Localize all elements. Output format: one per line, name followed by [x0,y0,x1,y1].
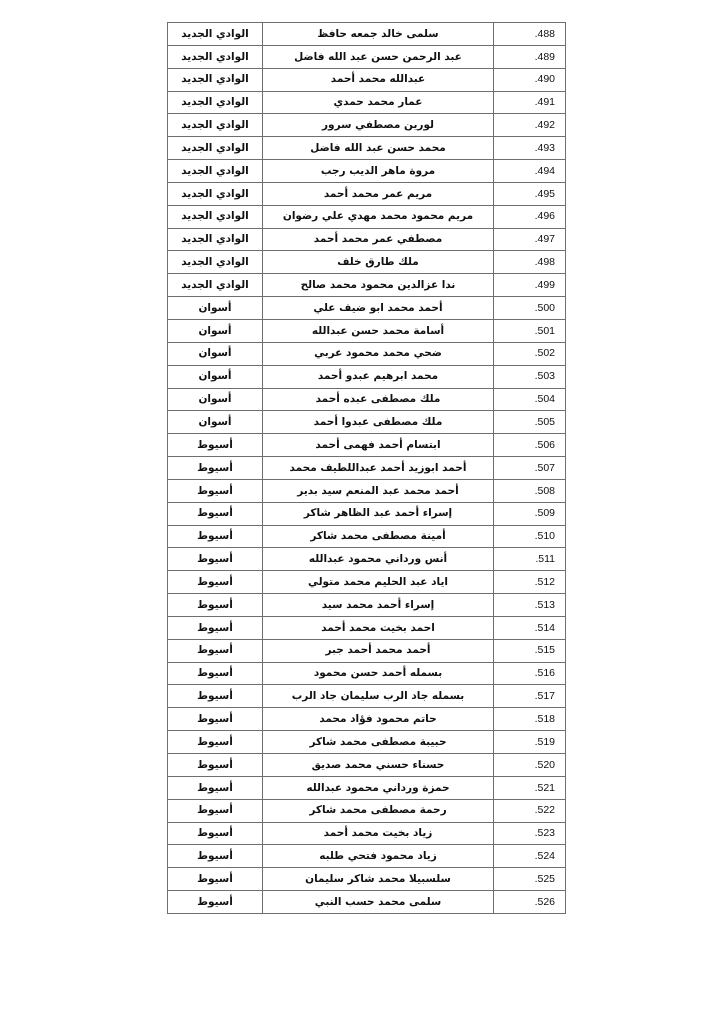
name-cell: ملك مصطفى عبدوا أحمد [263,411,494,434]
name-cell: أحمد ابوزيد أحمد عبداللطيف محمد [263,457,494,480]
name-cell: عمار محمد حمدي [263,91,494,114]
name-cell: إسراء أحمد محمد سيد [263,594,494,617]
governorate-cell: أسوان [168,365,263,388]
table-row: الوادي الجديدعبدالله محمد أحمد.490 [168,68,566,91]
table-row: أسيوطزياد محمود فتحي طلبه.524 [168,845,566,868]
row-number-cell: .525 [494,868,566,891]
row-number-cell: .513 [494,594,566,617]
row-number-cell: .495 [494,182,566,205]
governorate-cell: أسوان [168,297,263,320]
governorate-cell: أسيوط [168,845,263,868]
table-row: الوادي الجديدندا عزالدين محمود محمد صالح… [168,274,566,297]
governorate-cell: أسيوط [168,434,263,457]
governorate-cell: الوادي الجديد [168,23,263,46]
row-number-cell: .504 [494,388,566,411]
row-number-cell: .514 [494,616,566,639]
name-cell: زياد بخيت محمد أحمد [263,822,494,845]
name-cell: عبدالله محمد أحمد [263,68,494,91]
name-cell: حسناء حسني محمد صديق [263,754,494,777]
row-number-cell: .520 [494,754,566,777]
governorate-cell: أسيوط [168,479,263,502]
governorate-cell: أسيوط [168,594,263,617]
row-number-cell: .500 [494,297,566,320]
table-row: أسوانملك مصطفى عبده أحمد.504 [168,388,566,411]
row-number-cell: .507 [494,457,566,480]
row-number-cell: .498 [494,251,566,274]
governorate-cell: الوادي الجديد [168,274,263,297]
governorate-cell: أسيوط [168,457,263,480]
governorate-cell: أسيوط [168,662,263,685]
governorate-cell: أسوان [168,411,263,434]
table-row: أسوانمحمد ابرهيم عبدو أحمد.503 [168,365,566,388]
name-cell: احمد بخيت محمد أحمد [263,616,494,639]
table-row: أسيوطأمينة مصطفى محمد شاكر.510 [168,525,566,548]
name-cell: رحمة مصطفى محمد شاكر [263,799,494,822]
name-cell: مريم محمود محمد مهدي علي رضوان [263,205,494,228]
row-number-cell: .492 [494,114,566,137]
name-cell: مصطفي عمر محمد أحمد [263,228,494,251]
name-cell: ندا عزالدين محمود محمد صالح [263,274,494,297]
table-row: أسيوطحبيبة مصطفى محمد شاكر.519 [168,731,566,754]
names-table: الوادي الجديدسلمى خالد جمعه حافظ.488الوا… [167,22,566,914]
governorate-cell: أسيوط [168,754,263,777]
table-row: أسوانملك مصطفى عبدوا أحمد.505 [168,411,566,434]
governorate-cell: أسوان [168,319,263,342]
name-cell: مروة ماهر الديب رجب [263,160,494,183]
name-cell: ملك مصطفى عبده أحمد [263,388,494,411]
governorate-cell: الوادي الجديد [168,251,263,274]
name-cell: ابتسام أحمد فهمى أحمد [263,434,494,457]
row-number-cell: .512 [494,571,566,594]
governorate-cell: أسيوط [168,616,263,639]
table-row: أسيوطابتسام أحمد فهمى أحمد.506 [168,434,566,457]
name-cell: أحمد محمد عبد المنعم سيد بدير [263,479,494,502]
governorate-cell: أسيوط [168,548,263,571]
name-cell: أنس ورداني محمود عبدالله [263,548,494,571]
name-cell: مريم عمر محمد أحمد [263,182,494,205]
governorate-cell: أسيوط [168,868,263,891]
row-number-cell: .506 [494,434,566,457]
names-table-body: الوادي الجديدسلمى خالد جمعه حافظ.488الوا… [168,23,566,914]
row-number-cell: .523 [494,822,566,845]
table-row: أسوانضحي محمد محمود عربي.502 [168,342,566,365]
row-number-cell: .524 [494,845,566,868]
row-number-cell: .490 [494,68,566,91]
table-row: أسيوطأحمد ابوزيد أحمد عبداللطيف محمد.507 [168,457,566,480]
row-number-cell: .518 [494,708,566,731]
row-number-cell: .497 [494,228,566,251]
row-number-cell: .517 [494,685,566,708]
row-number-cell: .505 [494,411,566,434]
governorate-cell: الوادي الجديد [168,114,263,137]
name-cell: محمد حسن عبد الله فاضل [263,137,494,160]
table-row: أسيوطبسمله جاد الرب سليمان جاد الرب.517 [168,685,566,708]
name-cell: بسمله جاد الرب سليمان جاد الرب [263,685,494,708]
governorate-cell: الوادي الجديد [168,160,263,183]
governorate-cell: أسوان [168,342,263,365]
row-number-cell: .493 [494,137,566,160]
table-row: أسيوطحمزة ورداني محمود عبدالله.521 [168,776,566,799]
table-row: أسيوطحسناء حسني محمد صديق.520 [168,754,566,777]
governorate-cell: أسيوط [168,502,263,525]
name-cell: حمزة ورداني محمود عبدالله [263,776,494,799]
governorate-cell: أسيوط [168,571,263,594]
governorate-cell: الوادي الجديد [168,68,263,91]
table-row: أسيوطزياد بخيت محمد أحمد.523 [168,822,566,845]
table-row: أسيوطأنس ورداني محمود عبدالله.511 [168,548,566,571]
table-row: أسيوطسلسبيلا محمد شاكر سليمان.525 [168,868,566,891]
name-cell: بسمله أحمد حسن محمود [263,662,494,685]
table-row: الوادي الجديدعبد الرحمن حسن عبد الله فاض… [168,45,566,68]
table-row: الوادي الجديدمصطفي عمر محمد أحمد.497 [168,228,566,251]
name-cell: أمينة مصطفى محمد شاكر [263,525,494,548]
name-cell: أحمد محمد ابو ضيف علي [263,297,494,320]
governorate-cell: الوادي الجديد [168,228,263,251]
table-row: الوادي الجديدعمار محمد حمدي.491 [168,91,566,114]
name-cell: إسراء أحمد عبد الظاهر شاكر [263,502,494,525]
row-number-cell: .510 [494,525,566,548]
governorate-cell: الوادي الجديد [168,137,263,160]
governorate-cell: أسيوط [168,891,263,914]
name-cell: أسامة محمد حسن عبدالله [263,319,494,342]
governorate-cell: أسيوط [168,822,263,845]
row-number-cell: .511 [494,548,566,571]
governorate-cell: أسوان [168,388,263,411]
name-cell: اياد عبد الحليم محمد متولي [263,571,494,594]
name-cell: سلسبيلا محمد شاكر سليمان [263,868,494,891]
name-cell: زياد محمود فتحي طلبه [263,845,494,868]
row-number-cell: .508 [494,479,566,502]
governorate-cell: أسيوط [168,731,263,754]
table-row: أسيوطسلمى محمد حسب النبي.526 [168,891,566,914]
table-row: الوادي الجديدملك طارق خلف.498 [168,251,566,274]
row-number-cell: .501 [494,319,566,342]
table-row: أسوانأسامة محمد حسن عبدالله.501 [168,319,566,342]
row-number-cell: .521 [494,776,566,799]
table-row: الوادي الجديدمريم محمود محمد مهدي علي رض… [168,205,566,228]
name-cell: سلمى محمد حسب النبي [263,891,494,914]
document-page: الوادي الجديدسلمى خالد جمعه حافظ.488الوا… [0,0,720,1018]
table-row: أسيوطحاتم محمود فؤاد محمد.518 [168,708,566,731]
table-row: الوادي الجديدلورين مصطفي سرور.492 [168,114,566,137]
name-cell: لورين مصطفي سرور [263,114,494,137]
table-row: أسيوطاياد عبد الحليم محمد متولي.512 [168,571,566,594]
table-row: أسيوطاحمد بخيت محمد أحمد.514 [168,616,566,639]
table-row: الوادي الجديدمريم عمر محمد أحمد.495 [168,182,566,205]
governorate-cell: الوادي الجديد [168,182,263,205]
table-row: أسيوطإسراء أحمد عبد الظاهر شاكر.509 [168,502,566,525]
governorate-cell: أسيوط [168,639,263,662]
table-row: الوادي الجديدسلمى خالد جمعه حافظ.488 [168,23,566,46]
name-cell: ضحي محمد محمود عربي [263,342,494,365]
row-number-cell: .509 [494,502,566,525]
name-cell: عبد الرحمن حسن عبد الله فاضل [263,45,494,68]
table-row: أسيوطبسمله أحمد حسن محمود.516 [168,662,566,685]
governorate-cell: أسيوط [168,799,263,822]
name-cell: أحمد محمد أحمد جبر [263,639,494,662]
row-number-cell: .496 [494,205,566,228]
row-number-cell: .494 [494,160,566,183]
governorate-cell: أسيوط [168,776,263,799]
table-row: أسيوطأحمد محمد أحمد جبر.515 [168,639,566,662]
name-cell: حبيبة مصطفى محمد شاكر [263,731,494,754]
row-number-cell: .488 [494,23,566,46]
name-cell: سلمى خالد جمعه حافظ [263,23,494,46]
row-number-cell: .502 [494,342,566,365]
row-number-cell: .499 [494,274,566,297]
row-number-cell: .515 [494,639,566,662]
table-row: أسيوطإسراء أحمد محمد سيد.513 [168,594,566,617]
table-row: أسيوطأحمد محمد عبد المنعم سيد بدير.508 [168,479,566,502]
row-number-cell: .491 [494,91,566,114]
name-cell: حاتم محمود فؤاد محمد [263,708,494,731]
governorate-cell: الوادي الجديد [168,205,263,228]
row-number-cell: .516 [494,662,566,685]
governorate-cell: الوادي الجديد [168,91,263,114]
row-number-cell: .489 [494,45,566,68]
governorate-cell: الوادي الجديد [168,45,263,68]
table-row: الوادي الجديدمحمد حسن عبد الله فاضل.493 [168,137,566,160]
row-number-cell: .526 [494,891,566,914]
governorate-cell: أسيوط [168,708,263,731]
row-number-cell: .522 [494,799,566,822]
name-cell: ملك طارق خلف [263,251,494,274]
table-row: أسيوطرحمة مصطفى محمد شاكر.522 [168,799,566,822]
row-number-cell: .503 [494,365,566,388]
governorate-cell: أسيوط [168,525,263,548]
name-cell: محمد ابرهيم عبدو أحمد [263,365,494,388]
table-row: الوادي الجديدمروة ماهر الديب رجب.494 [168,160,566,183]
table-row: أسوانأحمد محمد ابو ضيف علي.500 [168,297,566,320]
governorate-cell: أسيوط [168,685,263,708]
row-number-cell: .519 [494,731,566,754]
